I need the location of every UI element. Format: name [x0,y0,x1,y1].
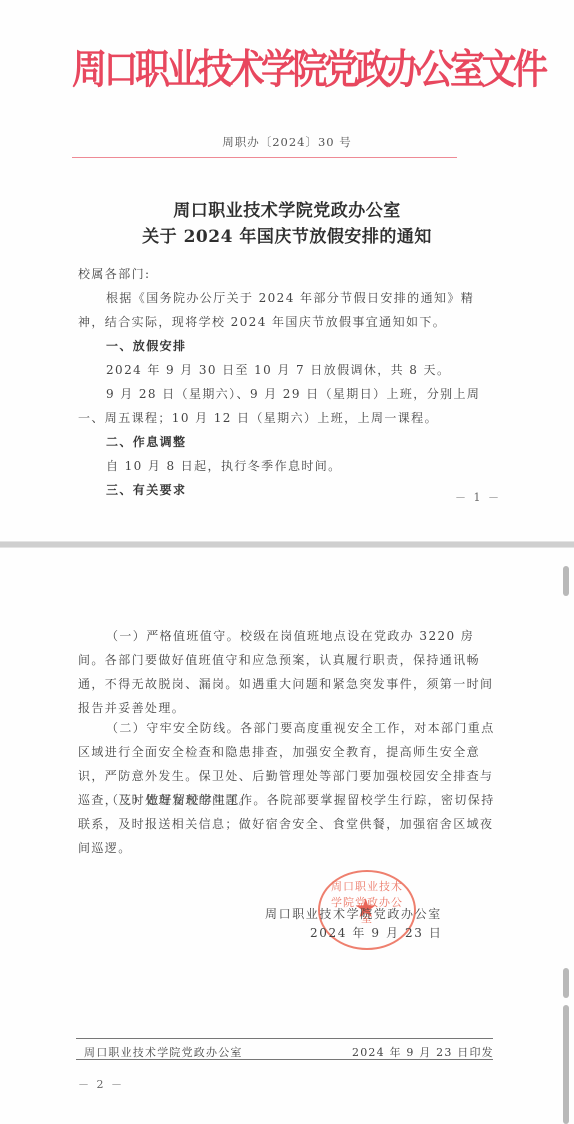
page-number-1: － 1 － [455,489,501,505]
notice-title-line2: 关于 2024 年国庆节放假安排的通知 [0,222,574,247]
requirement-1: （一）严格值班值守。校级在岗值班地点设在党政办 3220 房间。各部门要做好值班… [78,624,498,720]
document-page-1: 周口职业技术学院党政办公室文件 周职办〔2024〕30 号 周口职业技术学院党政… [0,0,574,540]
red-divider-line [72,157,457,158]
footer-bottom-rule [76,1059,493,1060]
footer-top-rule [76,1038,493,1039]
page-divider [0,541,574,548]
page-number-2: － 2 － [78,1076,124,1092]
requirement-3: （三）做好留校学生工作。各院部要掌握留校学生行踪，密切保持联系，及时报送相关信息… [78,788,498,860]
footer-print-date: 2024 年 9 月 23 日印发 [352,1044,494,1060]
section-1-paragraph-2: 9 月 28 日（星期六）、9 月 29 日（星期日）上班，分别上周一、周五课程… [78,382,498,430]
red-header-title: 周口职业技术学院党政办公室文件 [72,38,502,96]
salutation: 校属各部门: [78,262,498,286]
document-number: 周职办〔2024〕30 号 [0,134,574,150]
intro-paragraph: 根据《国务院办公厅关于 2024 年部分节假日安排的通知》精神，结合实际，现将学… [78,286,498,334]
notice-title-line1: 周口职业技术学院党政办公室 [0,196,574,221]
scrollbar-thumb-top[interactable] [563,566,569,596]
footer-organization: 周口职业技术学院党政办公室 [84,1044,243,1060]
section-2-heading: 二、作息调整 [78,430,498,454]
section-3-heading: 三、有关要求 [78,478,498,502]
section-2-paragraph: 自 10 月 8 日起，执行冬季作息时间。 [78,454,498,478]
scrollbar-thumb-bottom[interactable] [563,1005,569,1124]
scrollbar-thumb-middle[interactable] [563,968,569,998]
signature-organization: 周口职业技术学院党政办公室 [265,905,505,922]
section-1-paragraph-1: 2024 年 9 月 30 日至 10 月 7 日放假调休，共 8 天。 [78,358,498,382]
section-1-heading: 一、放假安排 [78,334,498,358]
signature-date: 2024 年 9 月 23 日 [310,924,510,941]
